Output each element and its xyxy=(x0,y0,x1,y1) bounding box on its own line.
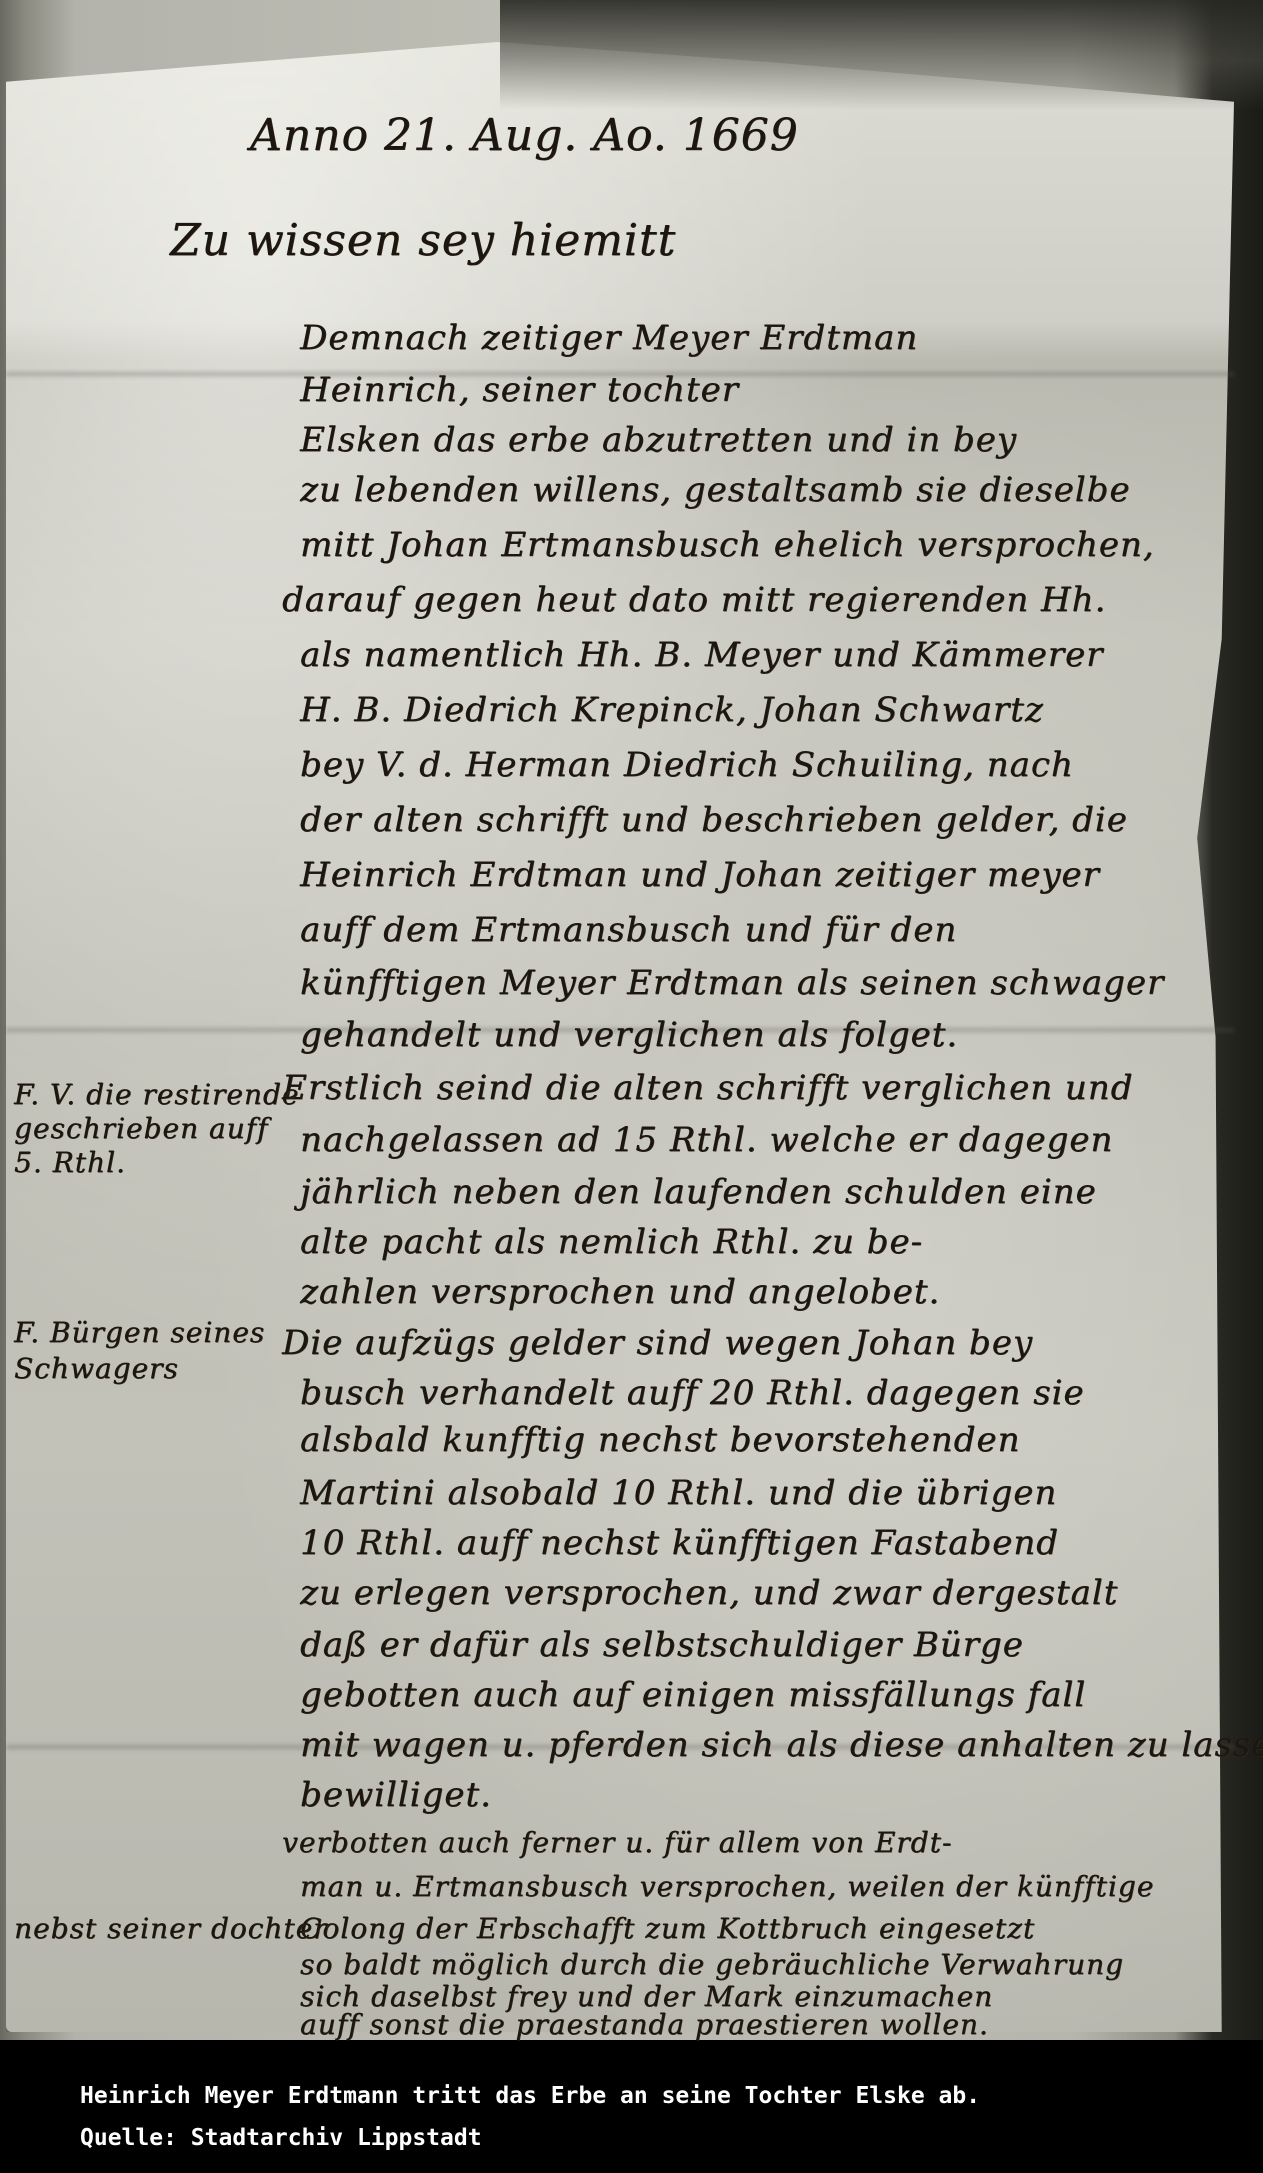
manuscript-line: mitt Johan Ertmansbusch ehelich versproc… xyxy=(300,525,1155,565)
margin-note: Schwagers xyxy=(14,1352,179,1385)
subtitle-line: Zu wissen sey hiemitt xyxy=(170,215,676,266)
manuscript-line: der alten schrifft und beschrieben gelde… xyxy=(300,800,1128,840)
manuscript-line: Heinrich, seiner tochter xyxy=(300,370,739,410)
manuscript-line: gehandelt und verglichen als folget. xyxy=(300,1015,958,1055)
manuscript-line: Erstlich seind die alten schrifft vergli… xyxy=(282,1068,1133,1108)
manuscript-line: busch verhandelt auff 20 Rthl. dagegen s… xyxy=(300,1373,1085,1413)
manuscript-line: alte pacht als nemlich Rthl. zu be- xyxy=(300,1222,923,1262)
manuscript-line: 10 Rthl. auff nechst künfftigen Fastaben… xyxy=(300,1523,1059,1563)
manuscript-line: verbotten auch ferner u. für allem von E… xyxy=(282,1826,952,1859)
margin-note: F. V. die restirende xyxy=(14,1078,299,1111)
manuscript-line: Elsken das erbe abzutretten und in bey xyxy=(300,420,1017,460)
manuscript-line: jährlich neben den laufenden schulden ei… xyxy=(300,1172,1097,1212)
caption-title: Heinrich Meyer Erdtmann tritt das Erbe a… xyxy=(80,2083,980,2109)
manuscript-line: man u. Ertmansbusch versprochen, weilen … xyxy=(300,1870,1154,1903)
manuscript-line: Colong der Erbschafft zum Kottbruch eing… xyxy=(300,1912,1035,1945)
manuscript-line: gebotten auch auf einigen missfällungs f… xyxy=(300,1675,1086,1715)
date-line: Anno 21. Aug. Ao. 1669 xyxy=(250,110,799,161)
margin-note: 5. Rthl. xyxy=(14,1146,126,1179)
manuscript-line: künfftigen Meyer Erdtman als seinen schw… xyxy=(300,963,1164,1003)
manuscript-line: zu lebenden willens, gestaltsamb sie die… xyxy=(300,470,1130,510)
manuscript-line: daß er dafür als selbstschuldiger Bürge xyxy=(300,1625,1024,1665)
margin-note: geschrieben auff xyxy=(14,1112,268,1145)
manuscript-line: darauf gegen heut dato mitt regierenden … xyxy=(282,580,1106,620)
caption-source: Quelle: Stadtarchiv Lippstadt xyxy=(80,2125,482,2151)
manuscript-line: auff dem Ertmansbusch und für den xyxy=(300,910,957,950)
manuscript-line: bewilliget. xyxy=(300,1775,492,1815)
manuscript-line: bey V. d. Herman Diedrich Schuiling, nac… xyxy=(300,745,1074,785)
manuscript-line: Demnach zeitiger Meyer Erdtman xyxy=(300,318,918,358)
document-photograph: Anno 21. Aug. Ao. 1669 Zu wissen sey hie… xyxy=(0,0,1263,2040)
manuscript-line: auff sonst die praestanda praestieren wo… xyxy=(300,2008,989,2041)
manuscript-line: mit wagen u. pferden sich als diese anha… xyxy=(300,1725,1263,1765)
manuscript-line: Martini alsobald 10 Rthl. und die übrige… xyxy=(300,1473,1057,1513)
manuscript-line: zu erlegen versprochen, und zwar dergest… xyxy=(300,1573,1118,1613)
margin-note: F. Bürgen seines xyxy=(14,1316,265,1349)
folded-paper-shadow xyxy=(500,0,1263,110)
manuscript-line: Heinrich Erdtman und Johan zeitiger meye… xyxy=(300,855,1100,895)
manuscript-line: H. B. Diedrich Krepinck, Johan Schwartz xyxy=(300,690,1044,730)
manuscript-line: als namentlich Hh. B. Meyer und Kämmerer xyxy=(300,635,1103,675)
manuscript-line: nachgelassen ad 15 Rthl. welche er dageg… xyxy=(300,1120,1113,1160)
manuscript-line: zahlen versprochen und angelobet. xyxy=(300,1272,940,1312)
margin-note: nebst seiner dochter xyxy=(14,1912,328,1945)
manuscript-line: so baldt möglich durch die gebräuchliche… xyxy=(300,1948,1124,1981)
manuscript-line: alsbald kunfftig nechst bevorstehenden xyxy=(300,1420,1020,1460)
manuscript-line: Die aufzügs gelder sind wegen Johan bey xyxy=(282,1323,1033,1363)
